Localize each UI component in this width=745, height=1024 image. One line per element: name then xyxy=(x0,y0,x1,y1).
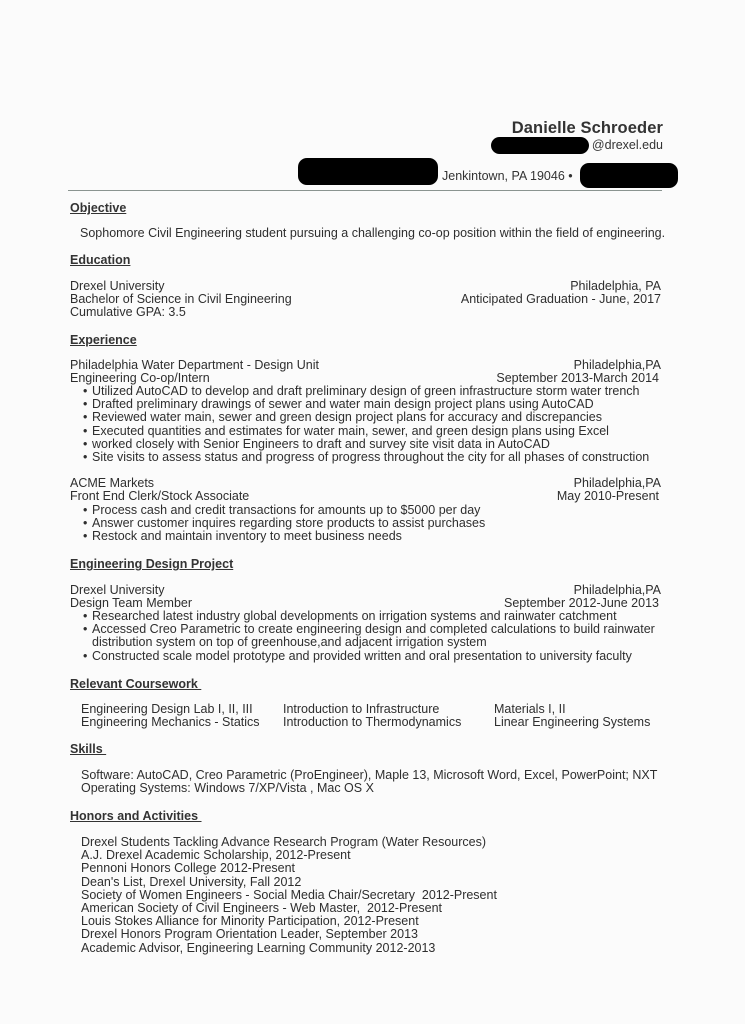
course-item: Engineering Mechanics - Statics xyxy=(81,716,260,729)
section-title-objective: Objective xyxy=(70,201,126,215)
candidate-name: Danielle Schroeder xyxy=(512,119,663,138)
job-bullet-list: •Process cash and credit transactions fo… xyxy=(83,504,485,544)
resume-page: Danielle Schroeder @drexel.edu Jenkintow… xyxy=(0,0,745,1024)
section-title-honors: Honors and Activities xyxy=(70,809,202,823)
redacted-street-address xyxy=(298,158,438,185)
bullet-icon: • xyxy=(83,650,92,663)
section-title-experience: Experience xyxy=(70,333,137,347)
bullet-item: •Restock and maintain inventory to meet … xyxy=(83,530,485,543)
header-divider xyxy=(68,190,662,191)
skills-os: Operating Systems: Windows 7/XP/Vista , … xyxy=(81,782,374,795)
redacted-email-user xyxy=(491,137,589,154)
section-title-education: Education xyxy=(70,253,130,267)
job-bullet-list: •Utilized AutoCAD to develop and draft p… xyxy=(83,385,649,464)
education-gpa: Cumulative GPA: 3.5 xyxy=(70,306,186,319)
email-domain: @drexel.edu xyxy=(592,138,663,152)
bullet-icon: • xyxy=(83,451,92,464)
course-item: Linear Engineering Systems xyxy=(494,716,650,729)
redacted-phone xyxy=(580,163,678,188)
honor-item: Dean's List, Drexel University, Fall 201… xyxy=(81,876,497,889)
bullet-item: •Constructed scale model prototype and p… xyxy=(83,650,655,663)
education-graduation: Anticipated Graduation - June, 2017 xyxy=(461,293,661,306)
section-title-coursework: Relevant Coursework xyxy=(70,677,201,691)
honor-item: Drexel Honors Program Orientation Leader… xyxy=(81,928,497,941)
honors-list: Drexel Students Tackling Advance Researc… xyxy=(81,836,497,955)
job-dates: May 2010-Present xyxy=(557,490,659,503)
section-title-skills: Skills xyxy=(70,742,106,756)
course-item: Introduction to Thermodynamics xyxy=(283,716,461,729)
bullet-icon: • xyxy=(83,411,92,424)
bullet-icon: • xyxy=(83,623,92,636)
objective-text: Sophomore Civil Engineering student purs… xyxy=(80,227,665,240)
bullet-icon: • xyxy=(83,530,92,543)
section-title-design-project: Engineering Design Project xyxy=(70,557,233,571)
project-bullet-list: •Researched latest industry global devel… xyxy=(83,610,655,663)
honor-item: Pennoni Honors College 2012-Present xyxy=(81,862,497,875)
job-role: Front End Clerk/Stock Associate xyxy=(70,490,249,503)
bullet-icon: • xyxy=(83,425,92,438)
address-city: Jenkintown, PA 19046 • xyxy=(442,169,573,183)
honor-item: Academic Advisor, Engineering Learning C… xyxy=(81,942,497,955)
bullet-item: •Site visits to assess status and progre… xyxy=(83,451,649,464)
